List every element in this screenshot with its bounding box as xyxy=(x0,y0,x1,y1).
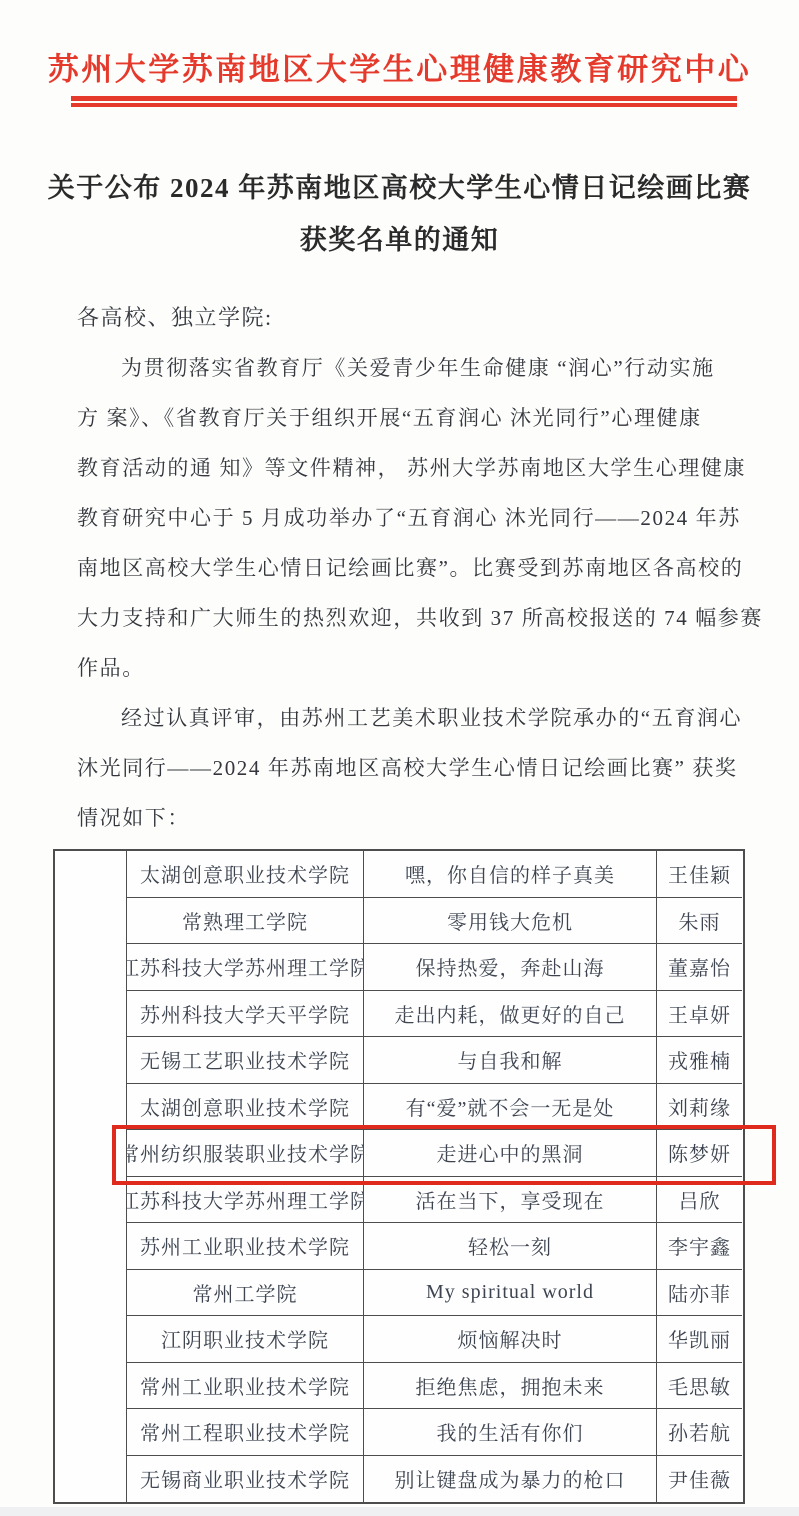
artwork-cell: 别让键盘成为暴力的枪口 xyxy=(364,1456,657,1503)
student-cell: 孙若航 xyxy=(657,1409,742,1456)
artwork-cell: 与自我和解 xyxy=(364,1037,657,1084)
student-cell: 吕欣 xyxy=(657,1177,742,1224)
school-cell: 江苏科技大学苏州理工学院 xyxy=(127,944,364,991)
paragraph-line: 情况如下： xyxy=(77,793,745,843)
paragraph-line: 大力支持和广大师生的热烈欢迎，共收到 37 所高校报送的 74 幅参赛 xyxy=(77,593,745,643)
school-cell highlighted: 常州纺织服装职业技术学院 xyxy=(127,1130,364,1177)
student-cell: 刘莉缘 xyxy=(657,1084,742,1131)
paragraph-line: 经过认真评审，由苏州工艺美术职业技术学院承办的“五育润心 xyxy=(77,693,745,743)
student-cell: 戎雅楠 xyxy=(657,1037,742,1084)
document-title: 关于公布 2024 年苏南地区高校大学生心情日记绘画比赛 获奖名单的通知 xyxy=(0,162,799,266)
award-category-cell xyxy=(55,851,127,1502)
school-cell: 苏州工业职业技术学院 xyxy=(127,1223,364,1270)
paragraph-1: 为贯彻落实省教育厅《关爱青少年生命健康 “润心”行动实施 方 案》、《省教育厅关… xyxy=(77,343,745,693)
student-cell: 毛思敏 xyxy=(657,1363,742,1410)
artwork-cell: 烦恼解决时 xyxy=(364,1316,657,1363)
student-cell: 董嘉怡 xyxy=(657,944,742,991)
awards-table: 太湖创意职业技术学院 嘿，你自信的样子真美 王佳颖 常熟理工学院 零用钱大危机 … xyxy=(53,849,745,1504)
artwork-cell: 保持热爱，奔赴山海 xyxy=(364,944,657,991)
paragraph-line: 为贯彻落实省教育厅《关爱青少年生命健康 “润心”行动实施 xyxy=(77,343,745,393)
student-cell: 朱雨 xyxy=(657,898,742,945)
student-cell: 王佳颖 xyxy=(657,851,742,898)
paragraph-line: 沐光同行——2024 年苏南地区高校大学生心情日记绘画比赛” 获奖 xyxy=(77,743,745,793)
paragraph-line: 作品。 xyxy=(77,643,745,693)
paragraph-line: 南地区高校大学生心情日记绘画比赛”。比赛受到苏南地区各高校的 xyxy=(77,543,745,593)
artwork-cell: 我的生活有你们 xyxy=(364,1409,657,1456)
salutation: 各高校、独立学院: xyxy=(77,301,273,332)
artwork-cell: 有“爱”就不会一无是处 xyxy=(364,1084,657,1131)
school-cell: 常州工学院 xyxy=(127,1270,364,1317)
school-cell: 太湖创意职业技术学院 xyxy=(127,1084,364,1131)
paragraph-line: 教育研究中心于 5 月成功举办了“五育润心 沐光同行——2024 年苏 xyxy=(77,493,745,543)
student-cell: 陆亦菲 xyxy=(657,1270,742,1317)
school-cell: 太湖创意职业技术学院 xyxy=(127,851,364,898)
paragraph-line: 方 案》、《省教育厅关于组织开展“五育润心 沐光同行”心理健康 xyxy=(77,393,745,443)
document-title-line1: 关于公布 2024 年苏南地区高校大学生心情日记绘画比赛 xyxy=(0,162,799,214)
school-cell: 常州工程职业技术学院 xyxy=(127,1409,364,1456)
document-page: 苏州大学苏南地区大学生心理健康教育研究中心 关于公布 2024 年苏南地区高校大… xyxy=(0,0,799,1516)
school-cell: 无锡工艺职业技术学院 xyxy=(127,1037,364,1084)
awards-table-grid: 太湖创意职业技术学院 嘿，你自信的样子真美 王佳颖 常熟理工学院 零用钱大危机 … xyxy=(127,851,743,1502)
paragraph-2: 经过认真评审，由苏州工艺美术职业技术学院承办的“五育润心 沐光同行——2024 … xyxy=(77,693,745,843)
student-cell: 王卓妍 xyxy=(657,991,742,1038)
student-cell: 尹佳薇 xyxy=(657,1456,742,1503)
artwork-cell highlighted: 走进心中的黑洞 xyxy=(364,1130,657,1177)
school-cell: 常熟理工学院 xyxy=(127,898,364,945)
paragraph-line: 教育活动的通 知》等文件精神， 苏州大学苏南地区大学生心理健康 xyxy=(77,443,745,493)
school-cell: 无锡商业职业技术学院 xyxy=(127,1456,364,1503)
artwork-cell: 拒绝焦虑，拥抱未来 xyxy=(364,1363,657,1410)
artwork-cell: 嘿，你自信的样子真美 xyxy=(364,851,657,898)
artwork-cell: 走出内耗，做更好的自己 xyxy=(364,991,657,1038)
student-cell: 华凯丽 xyxy=(657,1316,742,1363)
artwork-cell: My spiritual world xyxy=(364,1270,657,1317)
artwork-cell: 轻松一刻 xyxy=(364,1223,657,1270)
school-cell: 江阴职业技术学院 xyxy=(127,1316,364,1363)
student-cell highlighted: 陈梦妍 xyxy=(657,1130,742,1177)
school-cell: 苏州科技大学天平学院 xyxy=(127,991,364,1038)
school-cell: 常州工业职业技术学院 xyxy=(127,1363,364,1410)
artwork-cell: 活在当下，享受现在 xyxy=(364,1177,657,1224)
student-cell: 李宇鑫 xyxy=(657,1223,742,1270)
document-title-line2: 获奖名单的通知 xyxy=(0,214,799,266)
artwork-cell: 零用钱大危机 xyxy=(364,898,657,945)
letterhead-double-rule xyxy=(71,96,737,107)
school-cell: 江苏科技大学苏州理工学院 xyxy=(127,1177,364,1224)
letterhead-title: 苏州大学苏南地区大学生心理健康教育研究中心 xyxy=(0,44,799,89)
scan-bottom-edge xyxy=(0,1507,799,1516)
